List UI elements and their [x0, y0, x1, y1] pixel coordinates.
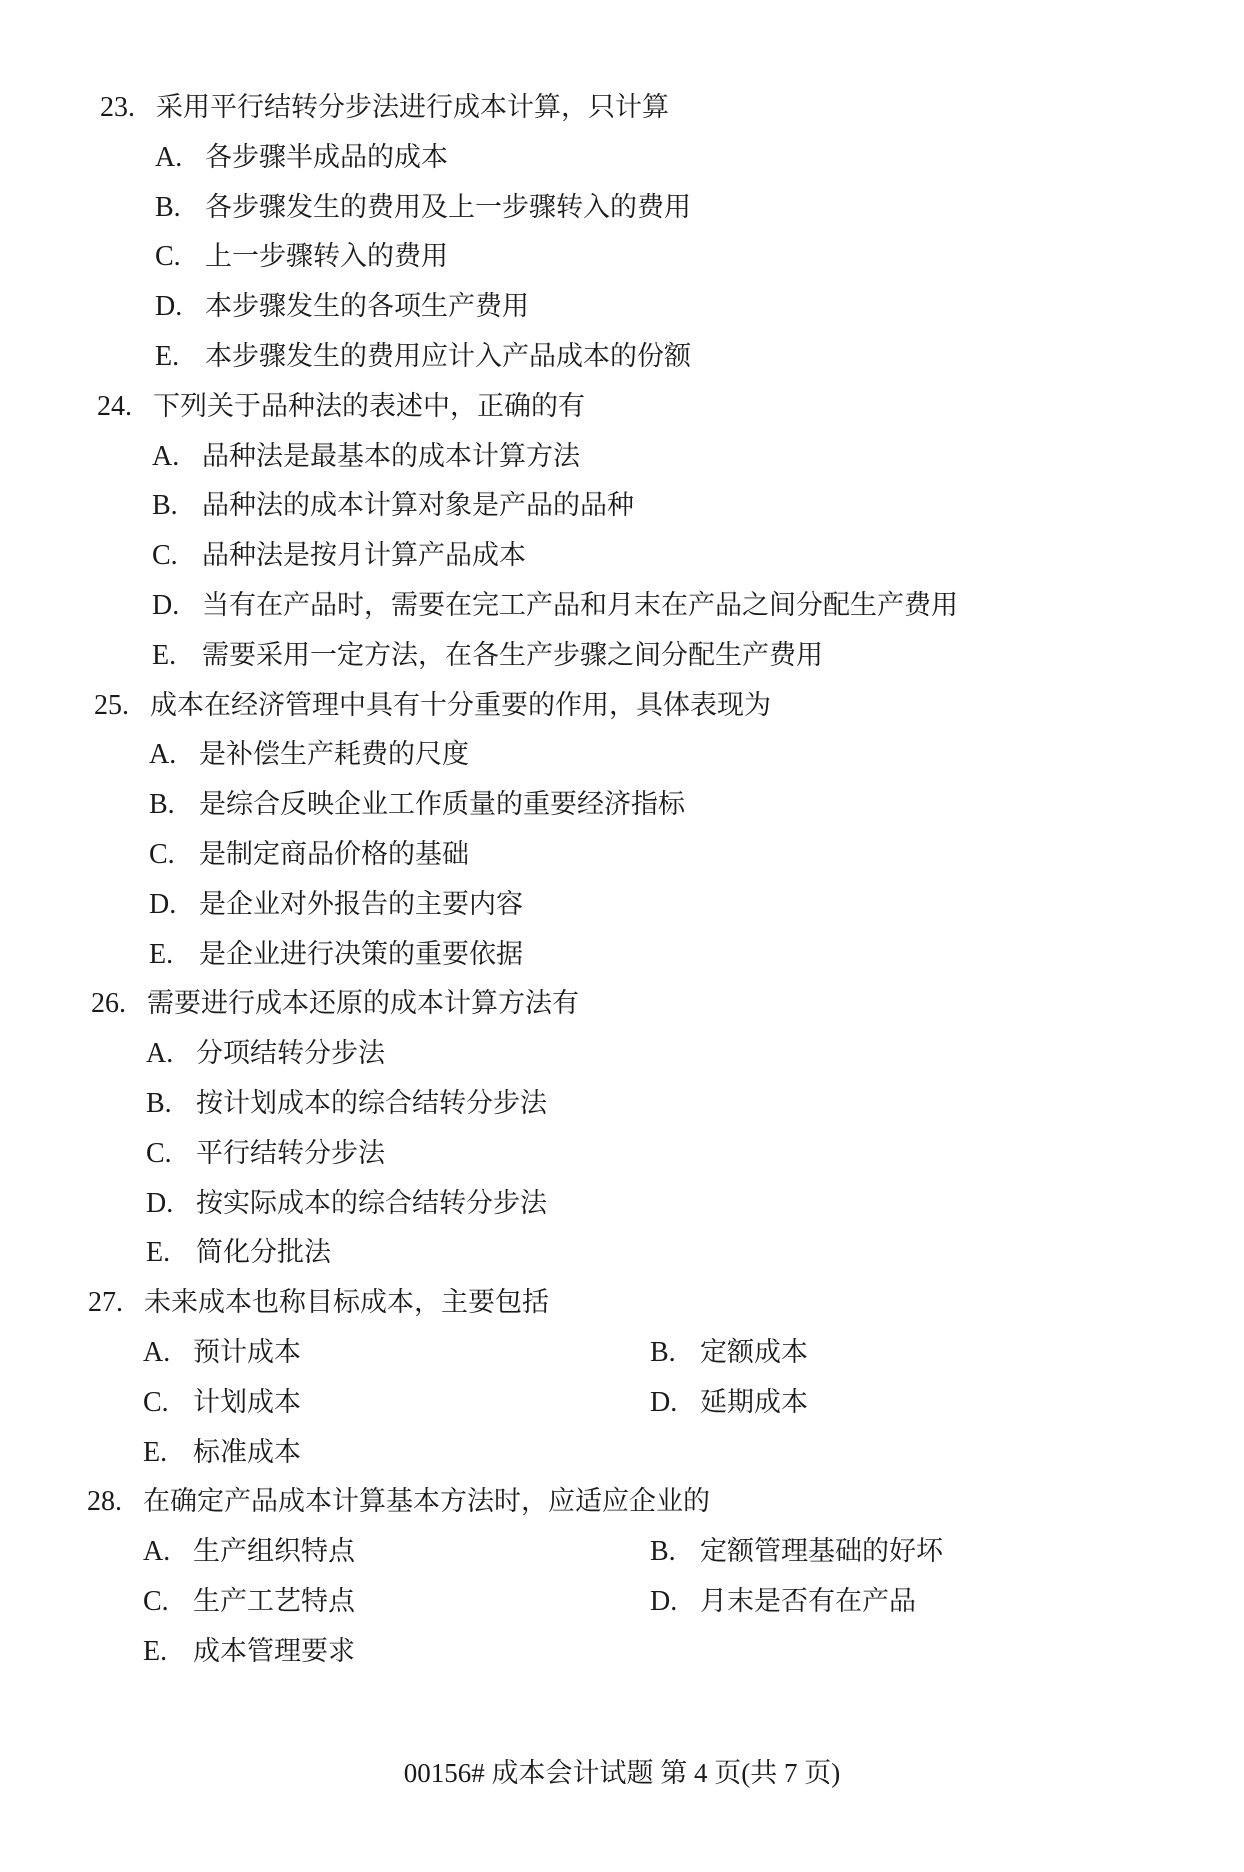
option-text: 分项结转分步法 — [196, 1038, 385, 1069]
option-text: 是企业对外报告的主要内容 — [199, 889, 523, 920]
option-c: C.上一步骤转入的费用 — [100, 232, 1244, 282]
option-letter: E. — [143, 1428, 193, 1478]
option-letter: B. — [155, 183, 205, 233]
option-letter: A. — [146, 1029, 196, 1079]
option-text: 按实际成本的综合结转分步法 — [196, 1188, 547, 1219]
option-e: E.本步骤发生的费用应计入产品成本的份额 — [100, 332, 1244, 382]
option-letter: B. — [650, 1527, 700, 1577]
question-text: 在确定产品成本计算基本方法时，应适应企业的 — [143, 1486, 710, 1517]
option-text: 月末是否有在产品 — [700, 1586, 916, 1617]
option-c: C.是制定商品价格的基础 — [94, 830, 1244, 880]
option-text: 品种法是按月计算产品成本 — [202, 540, 526, 571]
option-text: 本步骤发生的费用应计入产品成本的份额 — [205, 341, 691, 372]
option-letter: C. — [143, 1577, 193, 1627]
option-text: 生产工艺特点 — [193, 1586, 355, 1617]
question-number: 28. — [87, 1477, 143, 1527]
option-a: A.品种法是最基本的成本计算方法 — [97, 432, 1244, 482]
option-d: D.按实际成本的综合结转分步法 — [91, 1179, 1244, 1229]
question-number: 26. — [91, 979, 147, 1029]
option-b: B.按计划成本的综合结转分步法 — [91, 1079, 1244, 1129]
option-letter: C. — [149, 830, 199, 880]
option-row: E.成本管理要求 — [87, 1627, 1244, 1677]
option-row: A.预计成本 B.定额成本 — [88, 1328, 1244, 1378]
option-text: 品种法的成本计算对象是产品的品种 — [202, 490, 634, 521]
option-text: 标准成本 — [193, 1437, 301, 1468]
question-stem: 26.需要进行成本还原的成本计算方法有 — [91, 979, 1244, 1029]
question-text: 下列关于品种法的表述中，正确的有 — [153, 391, 585, 422]
option-d: D.延期成本 — [650, 1378, 808, 1428]
option-b: B.定额管理基础的好坏 — [650, 1527, 943, 1577]
option-letter: D. — [155, 282, 205, 332]
option-letter: B. — [650, 1328, 700, 1378]
option-b: B.定额成本 — [650, 1328, 808, 1378]
option-letter: B. — [152, 481, 202, 531]
option-a: A.预计成本 — [143, 1328, 301, 1378]
option-text: 预计成本 — [193, 1337, 301, 1368]
exam-page: 23.采用平行结转分步法进行成本计算，只计算 A.各步骤半成品的成本 B.各步骤… — [0, 83, 1244, 1677]
option-text: 本步骤发生的各项生产费用 — [205, 291, 529, 322]
option-text: 需要采用一定方法，在各生产步骤之间分配生产费用 — [202, 640, 823, 671]
option-row: C.生产工艺特点 D.月末是否有在产品 — [87, 1577, 1244, 1627]
option-e: E.标准成本 — [143, 1428, 301, 1478]
option-row: C.计划成本 D.延期成本 — [88, 1378, 1244, 1428]
question-stem: 24.下列关于品种法的表述中，正确的有 — [97, 382, 1244, 432]
option-a: A.是补偿生产耗费的尺度 — [94, 730, 1244, 780]
option-letter: C. — [152, 531, 202, 581]
question-text: 未来成本也称目标成本，主要包括 — [144, 1287, 549, 1318]
option-b: B.是综合反映企业工作质量的重要经济指标 — [94, 780, 1244, 830]
option-e: E.简化分批法 — [91, 1228, 1244, 1278]
question-24: 24.下列关于品种法的表述中，正确的有 A.品种法是最基本的成本计算方法 B.品… — [0, 382, 1244, 681]
option-letter: A. — [143, 1527, 193, 1577]
option-letter: D. — [149, 880, 199, 930]
question-number: 24. — [97, 382, 153, 432]
footer-text: 00156# 成本会计试题 第 4 页(共 7 页) — [404, 1758, 840, 1788]
option-c: C.计划成本 — [143, 1378, 301, 1428]
option-b: B.各步骤发生的费用及上一步骤转入的费用 — [100, 183, 1244, 233]
option-d: D.是企业对外报告的主要内容 — [94, 880, 1244, 930]
option-letter: C. — [146, 1129, 196, 1179]
question-stem: 27.未来成本也称目标成本，主要包括 — [88, 1278, 1244, 1328]
option-text: 延期成本 — [700, 1387, 808, 1418]
option-letter: E. — [155, 332, 205, 382]
option-text: 按计划成本的综合结转分步法 — [196, 1088, 547, 1119]
option-text: 定额成本 — [700, 1337, 808, 1368]
option-letter: A. — [143, 1328, 193, 1378]
option-text: 是补偿生产耗费的尺度 — [199, 739, 469, 770]
option-text: 品种法是最基本的成本计算方法 — [202, 441, 580, 472]
option-b: B.品种法的成本计算对象是产品的品种 — [97, 481, 1244, 531]
option-e: E.成本管理要求 — [143, 1627, 355, 1677]
option-c: C.品种法是按月计算产品成本 — [97, 531, 1244, 581]
option-c: C.生产工艺特点 — [143, 1577, 355, 1627]
option-d: D.月末是否有在产品 — [650, 1577, 916, 1627]
option-text: 定额管理基础的好坏 — [700, 1536, 943, 1567]
question-text: 采用平行结转分步法进行成本计算，只计算 — [156, 92, 669, 123]
question-27: 27.未来成本也称目标成本，主要包括 A.预计成本 B.定额成本 C.计划成本 … — [0, 1278, 1244, 1477]
option-text: 平行结转分步法 — [196, 1138, 385, 1169]
option-text: 是综合反映企业工作质量的重要经济指标 — [199, 789, 685, 820]
question-28: 28.在确定产品成本计算基本方法时，应适应企业的 A.生产组织特点 B.定额管理… — [0, 1477, 1244, 1676]
option-letter: A. — [149, 730, 199, 780]
question-stem: 28.在确定产品成本计算基本方法时，应适应企业的 — [87, 1477, 1244, 1527]
option-letter: C. — [155, 232, 205, 282]
option-letter: D. — [650, 1378, 700, 1428]
option-letter: B. — [149, 780, 199, 830]
question-25: 25.成本在经济管理中具有十分重要的作用，具体表现为 A.是补偿生产耗费的尺度 … — [0, 681, 1244, 980]
question-26: 26.需要进行成本还原的成本计算方法有 A.分项结转分步法 B.按计划成本的综合… — [0, 979, 1244, 1278]
option-letter: D. — [146, 1179, 196, 1229]
option-text: 简化分批法 — [196, 1237, 331, 1268]
question-number: 25. — [94, 681, 150, 731]
option-a: A.生产组织特点 — [143, 1527, 355, 1577]
option-letter: E. — [152, 631, 202, 681]
option-c: C.平行结转分步法 — [91, 1129, 1244, 1179]
page-footer: 00156# 成本会计试题 第 4 页(共 7 页) — [0, 1756, 1244, 1790]
option-letter: A. — [152, 432, 202, 482]
option-text: 当有在产品时，需要在完工产品和月末在产品之间分配生产费用 — [202, 590, 958, 621]
option-letter: D. — [152, 581, 202, 631]
option-letter: A. — [155, 133, 205, 183]
option-a: A.各步骤半成品的成本 — [100, 133, 1244, 183]
option-row: E.标准成本 — [88, 1428, 1244, 1478]
option-row: A.生产组织特点 B.定额管理基础的好坏 — [87, 1527, 1244, 1577]
option-a: A.分项结转分步法 — [91, 1029, 1244, 1079]
option-letter: D. — [650, 1577, 700, 1627]
option-d: D.当有在产品时，需要在完工产品和月末在产品之间分配生产费用 — [97, 581, 1244, 631]
option-text: 是企业进行决策的重要依据 — [199, 939, 523, 970]
option-text: 上一步骤转入的费用 — [205, 241, 448, 272]
question-number: 23. — [100, 83, 156, 133]
option-text: 各步骤半成品的成本 — [205, 142, 448, 173]
option-text: 计划成本 — [193, 1387, 301, 1418]
question-23: 23.采用平行结转分步法进行成本计算，只计算 A.各步骤半成品的成本 B.各步骤… — [0, 83, 1244, 382]
option-letter: C. — [143, 1378, 193, 1428]
option-text: 生产组织特点 — [193, 1536, 355, 1567]
question-stem: 25.成本在经济管理中具有十分重要的作用，具体表现为 — [94, 681, 1244, 731]
option-letter: E. — [146, 1228, 196, 1278]
option-text: 各步骤发生的费用及上一步骤转入的费用 — [205, 192, 691, 223]
question-text: 需要进行成本还原的成本计算方法有 — [147, 988, 579, 1019]
option-letter: E. — [149, 930, 199, 980]
option-letter: B. — [146, 1079, 196, 1129]
option-e: E.需要采用一定方法，在各生产步骤之间分配生产费用 — [97, 631, 1244, 681]
option-e: E.是企业进行决策的重要依据 — [94, 930, 1244, 980]
question-number: 27. — [88, 1278, 144, 1328]
question-stem: 23.采用平行结转分步法进行成本计算，只计算 — [100, 83, 1244, 133]
question-text: 成本在经济管理中具有十分重要的作用，具体表现为 — [150, 690, 771, 721]
option-letter: E. — [143, 1627, 193, 1677]
option-d: D.本步骤发生的各项生产费用 — [100, 282, 1244, 332]
option-text: 成本管理要求 — [193, 1636, 355, 1667]
option-text: 是制定商品价格的基础 — [199, 839, 469, 870]
